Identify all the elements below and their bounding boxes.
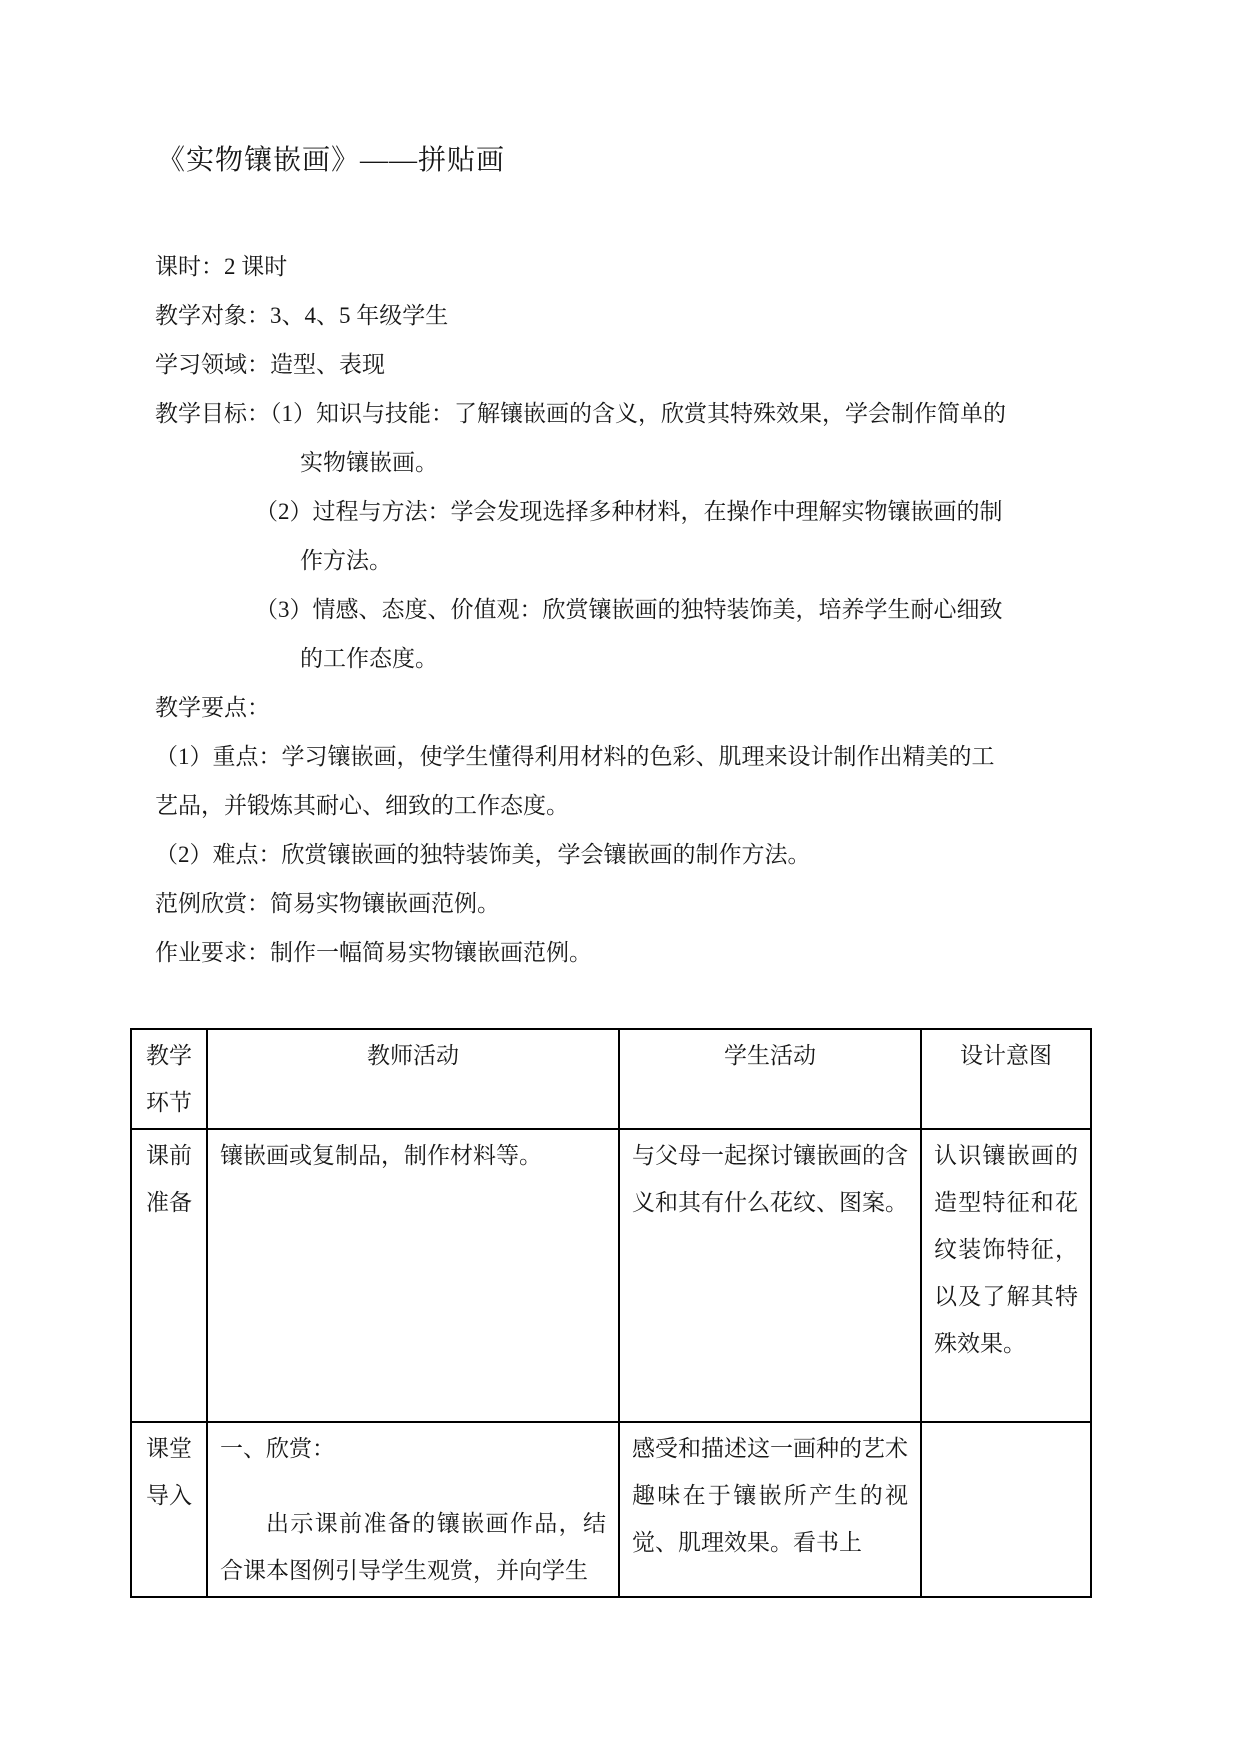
- doc-line-target-students: 教学对象：3、4、5 年级学生: [155, 291, 1100, 340]
- doc-line-class-hours: 课时：2 课时: [155, 242, 1100, 291]
- cell-student-lesson-intro: 感受和描述这一画种的艺术趣味在于镶嵌所产生的视觉、肌理效果。看书上: [619, 1422, 921, 1597]
- doc-line-objective-3: （3）情感、态度、价值观：欣赏镶嵌画的独特装饰美，培养学生耐心细致: [155, 585, 1100, 634]
- header-design-intent: 设计意图: [921, 1029, 1091, 1129]
- doc-line-homework-requirement: 作业要求：制作一幅简易实物镶嵌画范例。: [155, 928, 1100, 977]
- doc-line-key-points-heading: 教学要点：: [155, 683, 1100, 732]
- cell-stage-lesson-intro: 课堂导入: [131, 1422, 207, 1597]
- doc-line-objective-1: 教学目标：（1）知识与技能：了解镶嵌画的含义，欣赏其特殊效果，学会制作简单的: [155, 389, 1100, 438]
- table-row-lesson-intro: 课堂导入 一、欣赏： 出示课前准备的镶嵌画作品，结合课本图例引导学生观赏，并向学…: [131, 1422, 1091, 1597]
- document-page: 《实物镶嵌画》——拼贴画 课时：2 课时 教学对象：3、4、5 年级学生 学习领…: [0, 0, 1241, 1754]
- header-student-activity: 学生活动: [619, 1029, 921, 1129]
- cell-intent-lesson-intro: [921, 1422, 1091, 1597]
- cell-teacher-preparation: 镶嵌画或复制品，制作材料等。: [207, 1129, 619, 1422]
- cell-stage-preparation: 课前准备: [131, 1129, 207, 1422]
- header-stage: 教学环节: [131, 1029, 207, 1129]
- doc-line-example-appreciation: 范例欣赏：简易实物镶嵌画范例。: [155, 879, 1100, 928]
- cell-student-preparation: 与父母一起探讨镶嵌画的含义和其有什么花纹、图案。: [619, 1129, 921, 1422]
- doc-line-objective-3-cont: 的工作态度。: [155, 634, 1100, 683]
- table-row-preparation: 课前准备 镶嵌画或复制品，制作材料等。 与父母一起探讨镶嵌画的含义和其有什么花纹…: [131, 1129, 1091, 1422]
- cell-teacher-lesson-intro: 一、欣赏： 出示课前准备的镶嵌画作品，结合课本图例引导学生观赏，并向学生: [207, 1422, 619, 1597]
- doc-line-objective-1-cont: 实物镶嵌画。: [155, 438, 1100, 487]
- document-body: 课时：2 课时 教学对象：3、4、5 年级学生 学习领域：造型、表现 教学目标：…: [155, 242, 1100, 977]
- doc-line-objective-2-cont: 作方法。: [155, 536, 1100, 585]
- doc-line-focus-cont: 艺品，并锻炼其耐心、细致的工作态度。: [155, 781, 1100, 830]
- lesson-plan-table: 教学环节 教师活动 学生活动 设计意图 课前准备 镶嵌画或复制品，制作材料等。 …: [130, 1028, 1092, 1598]
- teacher-activity-heading: 一、欣赏：: [220, 1425, 606, 1472]
- table-header-row: 教学环节 教师活动 学生活动 设计意图: [131, 1029, 1091, 1129]
- header-teacher-activity: 教师活动: [207, 1029, 619, 1129]
- teacher-activity-paragraph: 出示课前准备的镶嵌画作品，结合课本图例引导学生观赏，并向学生: [220, 1500, 606, 1594]
- cell-intent-preparation: 认识镶嵌画的造型特征和花纹装饰特征，以及了解其特殊效果。: [921, 1129, 1091, 1422]
- doc-line-focus: （1）重点：学习镶嵌画，使学生懂得利用材料的色彩、肌理来设计制作出精美的工: [155, 732, 1100, 781]
- doc-line-objective-2: （2）过程与方法：学会发现选择多种材料，在操作中理解实物镶嵌画的制: [155, 487, 1100, 536]
- doc-line-difficulty: （2）难点：欣赏镶嵌画的独特装饰美，学会镶嵌画的制作方法。: [155, 830, 1100, 879]
- page-title: 《实物镶嵌画》——拼贴画: [157, 138, 505, 178]
- doc-line-learning-area: 学习领域：造型、表现: [155, 340, 1100, 389]
